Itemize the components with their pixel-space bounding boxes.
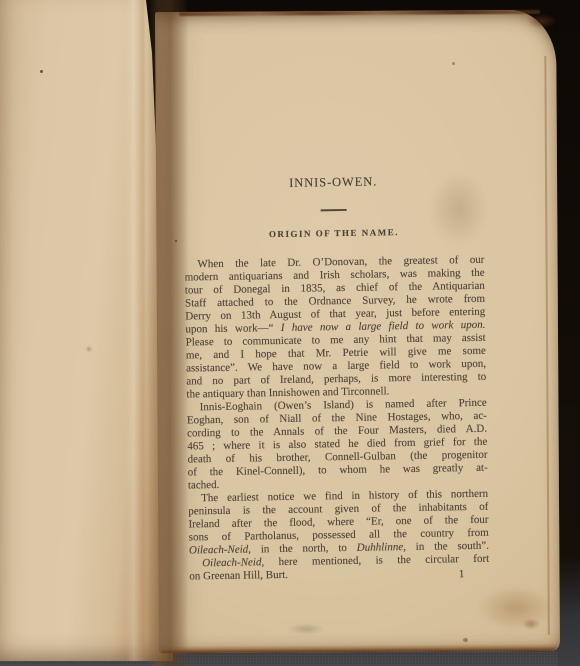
book-photo: INNIS-OWEN. ORIGIN OF THE NAME. When the… (0, 0, 580, 666)
book-page: INNIS-OWEN. ORIGIN OF THE NAME. When the… (155, 10, 560, 653)
page-fold-highlight (126, 0, 146, 661)
decorative-rule (321, 209, 347, 211)
body-lines: When the late Dr. O’Donovan, the greates… (184, 254, 489, 584)
chapter-title: INNIS-OWEN. (183, 174, 483, 192)
page-edge-line (544, 56, 550, 635)
page-text: INNIS-OWEN. ORIGIN OF THE NAME. When the… (183, 169, 489, 586)
section-heading: ORIGIN OF THE NAME. (184, 225, 484, 243)
table-surface-right (558, 556, 580, 666)
burnt-top-edge (179, 10, 540, 16)
facing-page (0, 0, 176, 661)
